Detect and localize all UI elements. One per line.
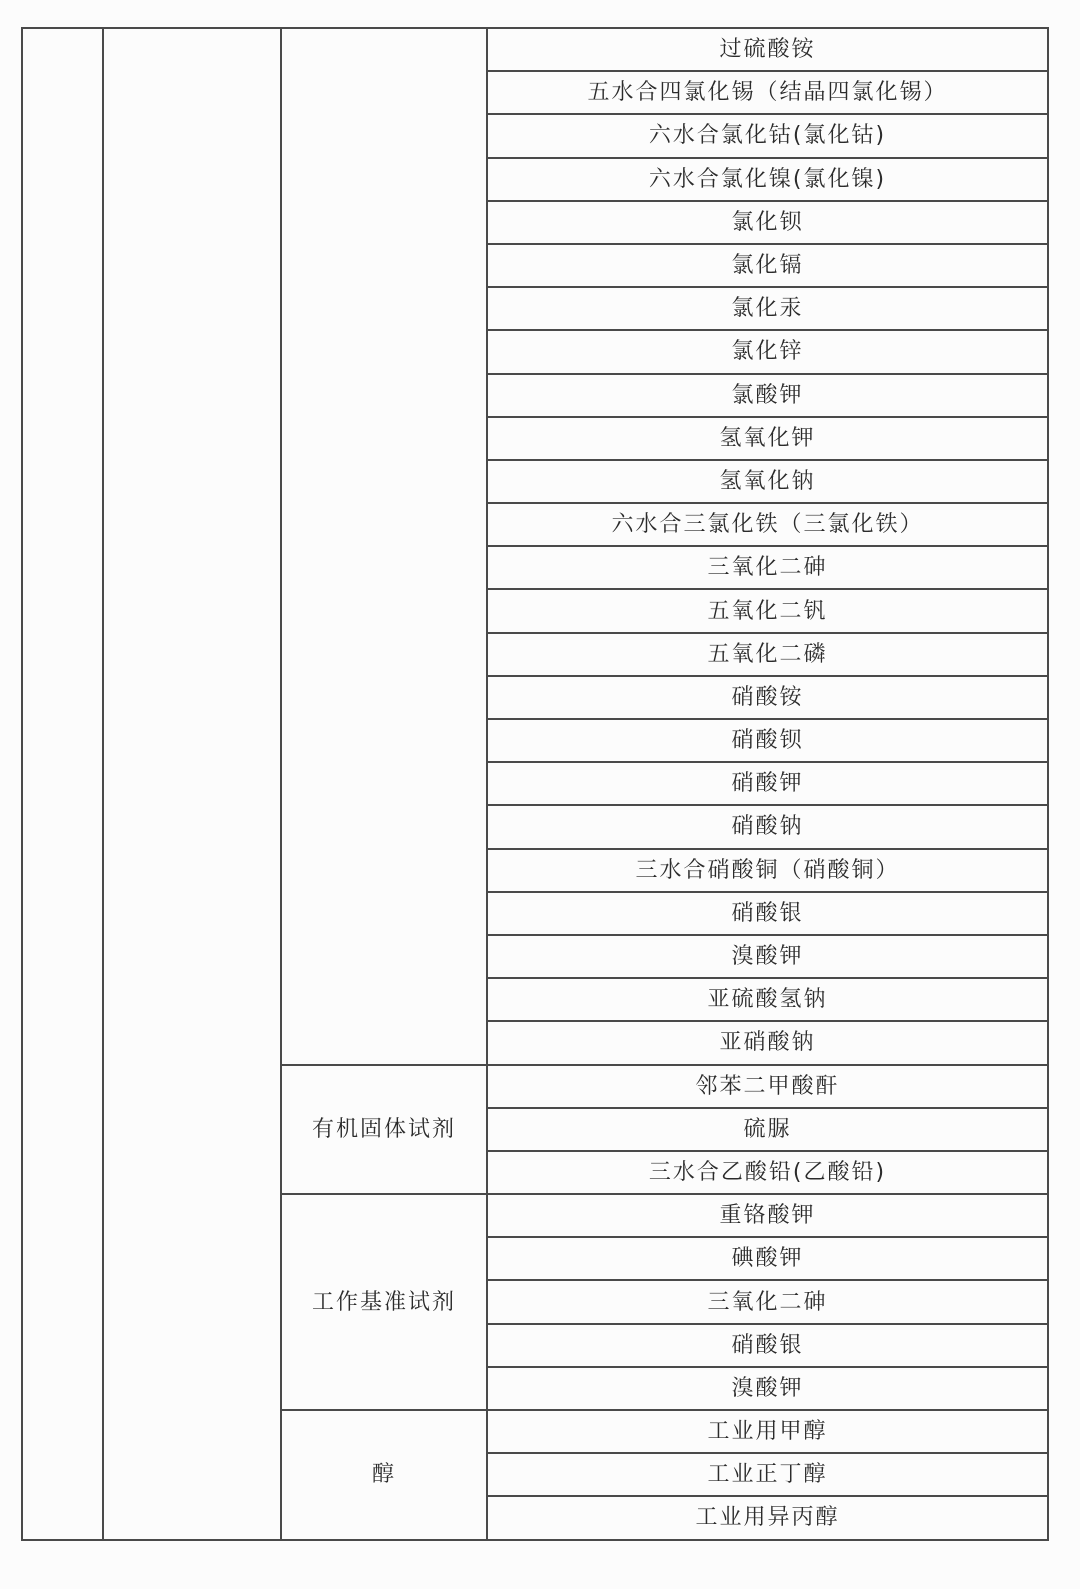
- reagent-cell: 硝酸银: [487, 1324, 1048, 1367]
- category-cell-organic-solid: 有机固体试剂: [281, 1065, 487, 1195]
- reagent-cell: 工业用甲醇: [487, 1410, 1048, 1453]
- reagent-cell: 六水合氯化镍(氯化镍): [487, 158, 1048, 201]
- reagent-cell: 工业正丁醇: [487, 1453, 1048, 1496]
- reagent-cell: 三氧化二砷: [487, 1280, 1048, 1323]
- reagent-cell: 五氧化二磷: [487, 633, 1048, 676]
- category-cell-working-standard: 工作基准试剂: [281, 1194, 487, 1410]
- reagent-cell: 邻苯二甲酸酐: [487, 1065, 1048, 1108]
- reagent-cell: 三氧化二砷: [487, 546, 1048, 589]
- reagent-cell: 五水合四氯化锡（结晶四氯化锡）: [487, 71, 1048, 114]
- reagent-cell: 五氧化二钒: [487, 589, 1048, 632]
- reagent-cell: 氯化汞: [487, 287, 1048, 330]
- document-page: 过硫酸铵 五水合四氯化锡（结晶四氯化锡） 六水合氯化钴(氯化钴) 六水合氯化镍(…: [0, 0, 1080, 1589]
- reagent-cell: 氯化锌: [487, 330, 1048, 373]
- index-cell: [22, 28, 103, 1540]
- table-row: 过硫酸铵: [22, 28, 1048, 71]
- reagent-cell: 硝酸铵: [487, 676, 1048, 719]
- reagent-cell: 三水合乙酸铅(乙酸铅): [487, 1151, 1048, 1194]
- reagent-table: 过硫酸铵 五水合四氯化锡（结晶四氯化锡） 六水合氯化钴(氯化钴) 六水合氯化镍(…: [21, 27, 1049, 1541]
- reagent-cell: 氢氧化钠: [487, 460, 1048, 503]
- reagent-cell: 六水合氯化钴(氯化钴): [487, 114, 1048, 157]
- reagent-cell: 工业用异丙醇: [487, 1496, 1048, 1539]
- reagent-cell: 硝酸钠: [487, 805, 1048, 848]
- reagent-cell: 硝酸钾: [487, 762, 1048, 805]
- reagent-cell: 氯化镉: [487, 244, 1048, 287]
- reagent-cell: 溴酸钾: [487, 1367, 1048, 1410]
- reagent-cell: 碘酸钾: [487, 1237, 1048, 1280]
- reagent-cell: 硝酸钡: [487, 719, 1048, 762]
- reagent-cell: 硫脲: [487, 1108, 1048, 1151]
- category-cell-alcohol: 醇: [281, 1410, 487, 1540]
- reagent-cell: 重铬酸钾: [487, 1194, 1048, 1237]
- reagent-cell: 过硫酸铵: [487, 28, 1048, 71]
- reagent-cell: 氢氧化钾: [487, 417, 1048, 460]
- reagent-cell: 亚硫酸氢钠: [487, 978, 1048, 1021]
- reagent-cell: 三水合硝酸铜（硝酸铜）: [487, 849, 1048, 892]
- reagent-cell: 六水合三氯化铁（三氯化铁）: [487, 503, 1048, 546]
- class-cell: [103, 28, 281, 1540]
- category-cell-inorganic: [281, 28, 487, 1065]
- reagent-cell: 溴酸钾: [487, 935, 1048, 978]
- reagent-cell: 氯酸钾: [487, 374, 1048, 417]
- reagent-cell: 氯化钡: [487, 201, 1048, 244]
- reagent-cell: 硝酸银: [487, 892, 1048, 935]
- reagent-cell: 亚硝酸钠: [487, 1021, 1048, 1064]
